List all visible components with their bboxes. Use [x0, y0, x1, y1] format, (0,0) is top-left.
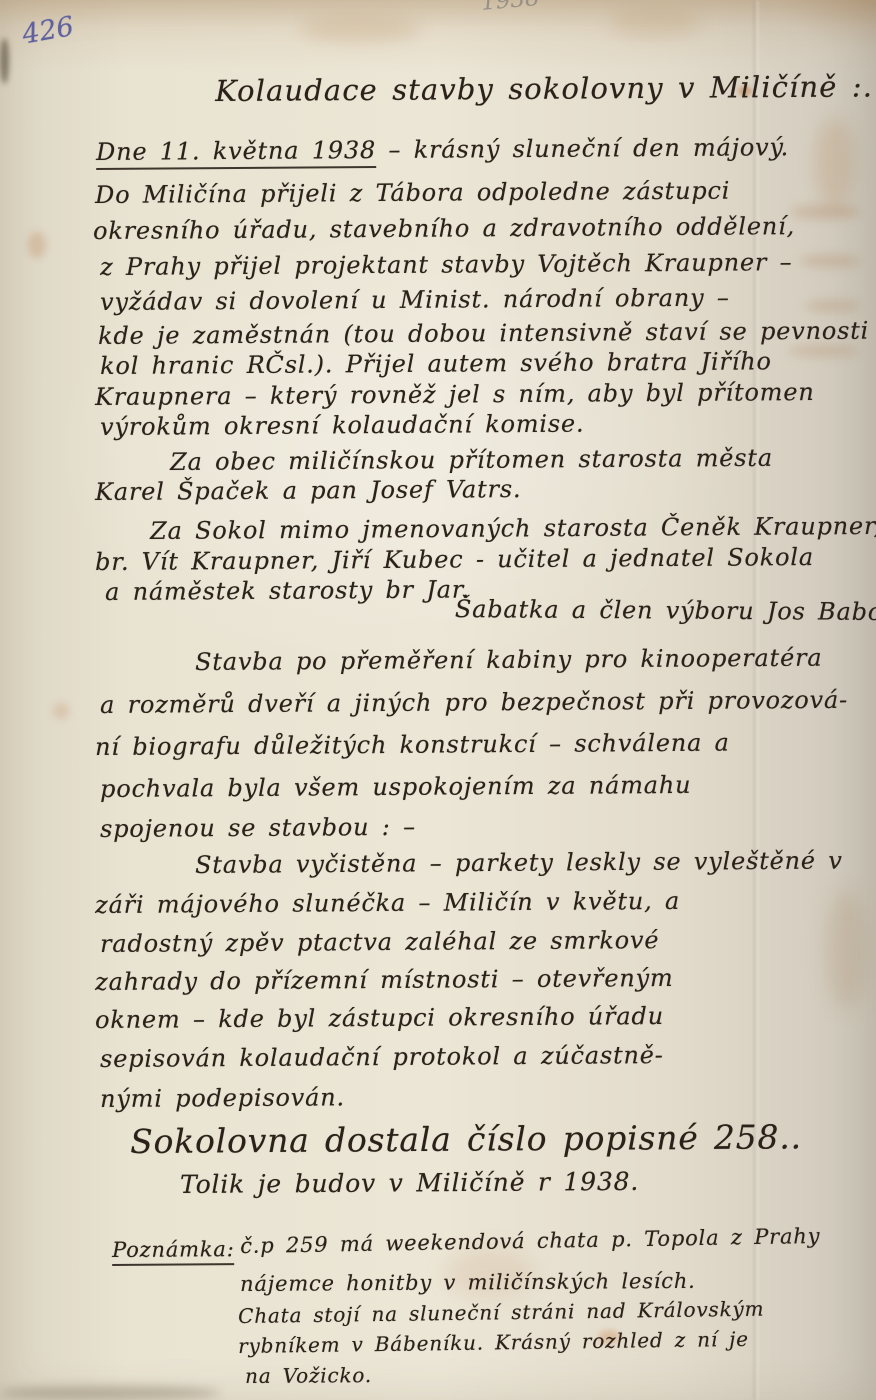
manuscript-line: pochvala byla všem uspokojením za námahu	[100, 771, 691, 803]
date-line: Dne 11. května 1938 – krásný sluneční de…	[96, 133, 789, 166]
manuscript-line: Stavba po přeměření kabiny pro kinoopera…	[195, 644, 823, 676]
smudge-right-margin	[815, 118, 855, 208]
manuscript-line: záři májového slunéčka – Miličín v květu…	[95, 887, 680, 919]
chronicle-page: 426 1938 Kolaudace stavby sokolovny v Mi…	[0, 0, 876, 1400]
note-line: na Vožicko.	[245, 1363, 372, 1388]
note-line: Chata stojí na sluneční stráni nad Králo…	[238, 1297, 764, 1328]
manuscript-line: sepisován kolaudační protokol a zúčastně…	[100, 1041, 664, 1073]
manuscript-line: ní biografu důležitých konstrukcí – schv…	[95, 729, 730, 761]
note-label: Poznámka:	[112, 1237, 235, 1262]
manuscript-line: Stavba vyčistěna – parkety leskly se vyl…	[195, 846, 843, 879]
manuscript-line: Za Sokol mimo jmenovaných starosta Čeněk…	[150, 512, 876, 545]
manuscript-line: nými podepisován.	[100, 1083, 345, 1113]
manuscript-line: okresního úřadu, stavebního a zdravotníh…	[93, 212, 795, 245]
bleedthrough-4	[788, 345, 858, 357]
edge-shadow-top-left	[0, 38, 9, 84]
manuscript-line: br. Vít Kraupner, Jiří Kubec - učitel a …	[95, 543, 814, 576]
manuscript-line: z Prahy přijel projektant stavby Vojtěch…	[100, 248, 793, 281]
building-count-line: Tolik je budov v Miličíně r 1938.	[180, 1167, 639, 1199]
manuscript-line: radostný zpěv ptactva zaléhal ze smrkové	[100, 926, 659, 958]
stain-top-right	[610, 8, 700, 38]
manuscript-line: kde je zaměstnán (tou dobou intensivně s…	[98, 317, 869, 350]
stain-left-1	[28, 232, 46, 258]
manuscript-line: Kraupnera – který rovněž jel s ním, aby …	[95, 378, 815, 411]
note-line: nájemce honitby v miličínských lesích.	[240, 1269, 696, 1296]
manuscript-line: vyžádav si dovolení u Minist. národní ob…	[100, 284, 730, 316]
manuscript-line: zahrady do přízemní místnosti – otevřený…	[95, 964, 674, 996]
manuscript-line: Karel Špaček a pan Josef Vatrs.	[95, 475, 521, 506]
bleedthrough-3	[805, 300, 860, 312]
manuscript-line: kol hranic RČsl.). Přijel autem svého br…	[100, 347, 772, 380]
manuscript-line: a náměstek starosty br Jar.	[105, 575, 470, 606]
smudge-right-lower	[826, 890, 868, 1010]
stain-left-2	[53, 703, 69, 719]
house-number-line: Sokolovna dostala číslo popisné 258..	[130, 1117, 802, 1161]
note-line: rybníkem v Bábeníku. Krásný rozhled z ní…	[238, 1327, 749, 1358]
note-line: č.p 259 má weekendová chata p. Topola z …	[240, 1224, 820, 1258]
manuscript-line: Šabatka a člen výboru Jos Babor,	[455, 595, 876, 626]
page-title: Kolaudace stavby sokolovny v Miličíně :.	[215, 69, 873, 108]
manuscript-line: spojenou se stavbou : –	[100, 813, 416, 843]
manuscript-line: oknem – kde byl zástupci okresního úřadu	[95, 1002, 664, 1034]
manuscript-line: výrokům okresní kolaudační komise.	[100, 410, 584, 441]
bleedthrough-1	[790, 205, 860, 219]
edge-shadow-bottom	[0, 1386, 220, 1400]
stain-top-center	[300, 16, 420, 42]
pencil-year-annotation: 1938	[480, 0, 541, 16]
manuscript-line: a rozměrů dveří a jiných pro bezpečnost …	[100, 686, 848, 719]
note-label-underlined: Poznámka:	[112, 1237, 235, 1266]
manuscript-line: Do Miličína přijeli z Tábora odpoledne z…	[95, 177, 730, 209]
date-rest: – krásný sluneční den májový.	[376, 133, 789, 164]
date-underlined: Dne 11. května 1938	[96, 136, 376, 170]
bleedthrough-2	[800, 255, 860, 267]
manuscript-line: Za obec miličínskou přítomen starosta mě…	[170, 444, 773, 476]
page-number: 426	[20, 11, 76, 50]
